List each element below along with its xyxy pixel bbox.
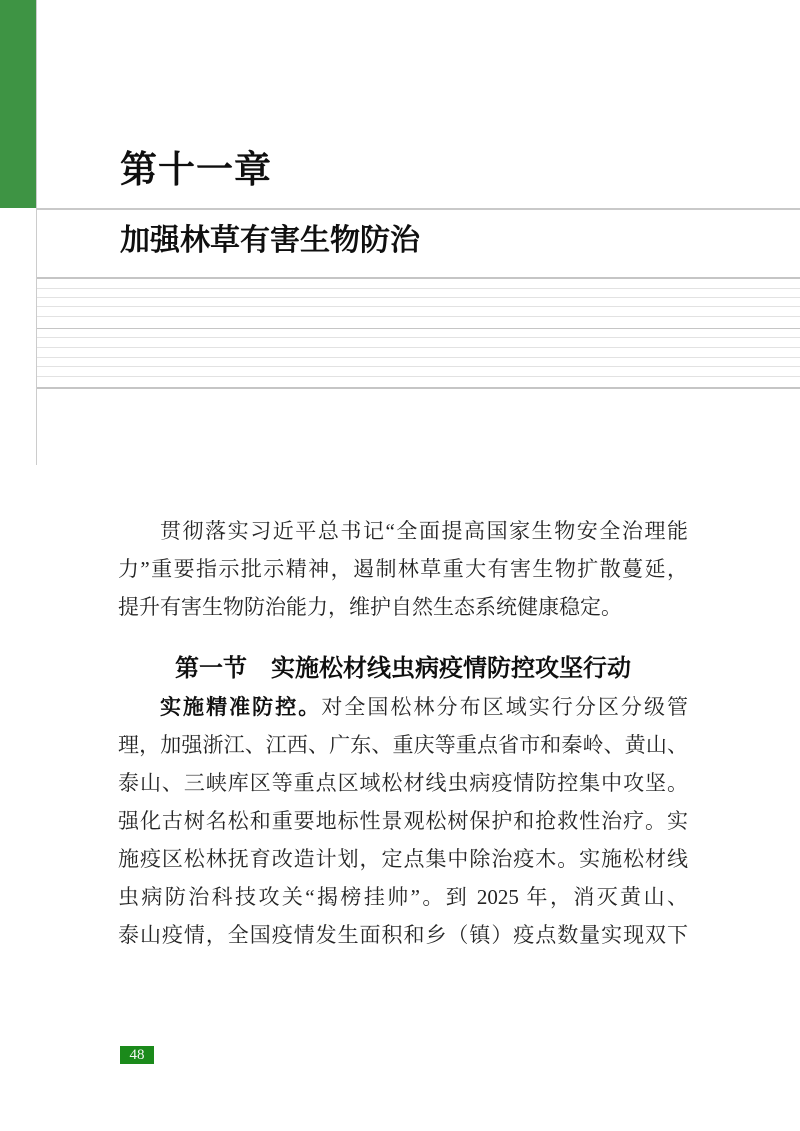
- margin-vertical-line: [36, 0, 37, 465]
- text-line: 泰山疫情，全国疫情发生面积和乡（镇）疫点数量实现双下: [118, 916, 688, 954]
- body-text-column: 贯彻落实习近平总书记“全面提高国家生物安全治理能 力”重要指示批示精神，遏制林草…: [118, 512, 688, 954]
- ruled-line: [37, 357, 800, 358]
- ruled-line: [37, 328, 800, 329]
- text-line: 泰山、三峡库区等重点区域松材线虫病疫情防控集中攻坚。: [118, 764, 688, 802]
- ruled-line: [37, 366, 800, 367]
- spacer: [118, 626, 688, 650]
- ruled-line: [37, 316, 800, 317]
- section-heading: 第一节 实施松材线虫病疫情防控攻坚行动: [118, 650, 688, 688]
- ruled-line: [37, 387, 800, 389]
- page-number-badge: 48: [120, 1046, 154, 1064]
- paragraph-lead-bold: 实施精准防控。: [160, 695, 321, 719]
- text-line: 力”重要指示批示精神，遏制林草重大有害生物扩散蔓延，: [118, 550, 688, 588]
- paragraph-lead-rest: 对全国松林分布区域实行分区分级管: [321, 695, 688, 719]
- text-line: 强化古树名松和重要地标性景观松树保护和抢救性治疗。实: [118, 802, 688, 840]
- section-paragraph: 实施精准防控。对全国松林分布区域实行分区分级管 理，加强浙江、江西、广东、重庆等…: [118, 688, 688, 954]
- ruled-line: [37, 288, 800, 289]
- document-page: 第十一章 加强林草有害生物防治 贯彻落实习近平总书记“全面提高国家生物安全治理能…: [0, 0, 800, 1131]
- text-line: 理，加强浙江、江西、广东、重庆等重点省市和秦岭、黄山、: [118, 726, 688, 764]
- chapter-title: 加强林草有害生物防治: [120, 222, 420, 260]
- ruled-line: [37, 297, 800, 298]
- text-line: 贯彻落实习近平总书记“全面提高国家生物安全治理能: [118, 512, 688, 550]
- ruled-line: [37, 277, 800, 279]
- ruled-line: [37, 376, 800, 377]
- text-line: 提升有害生物防治能力，维护自然生态系统健康稳定。: [118, 588, 688, 626]
- text-line: 实施精准防控。对全国松林分布区域实行分区分级管: [118, 688, 688, 726]
- chapter-divider-line: [37, 208, 800, 210]
- text-line: 施疫区松林抚育改造计划，定点集中除治疫木。实施松材线: [118, 840, 688, 878]
- ruled-line: [37, 337, 800, 338]
- ruled-line: [37, 347, 800, 348]
- chapter-number: 第十一章: [120, 148, 272, 192]
- chapter-corner-bar: [0, 0, 36, 208]
- text-line: 虫病防治科技攻关“揭榜挂帅”。到 2025 年，消灭黄山、: [118, 878, 688, 916]
- ruled-line: [37, 306, 800, 307]
- intro-paragraph: 贯彻落实习近平总书记“全面提高国家生物安全治理能 力”重要指示批示精神，遏制林草…: [118, 512, 688, 626]
